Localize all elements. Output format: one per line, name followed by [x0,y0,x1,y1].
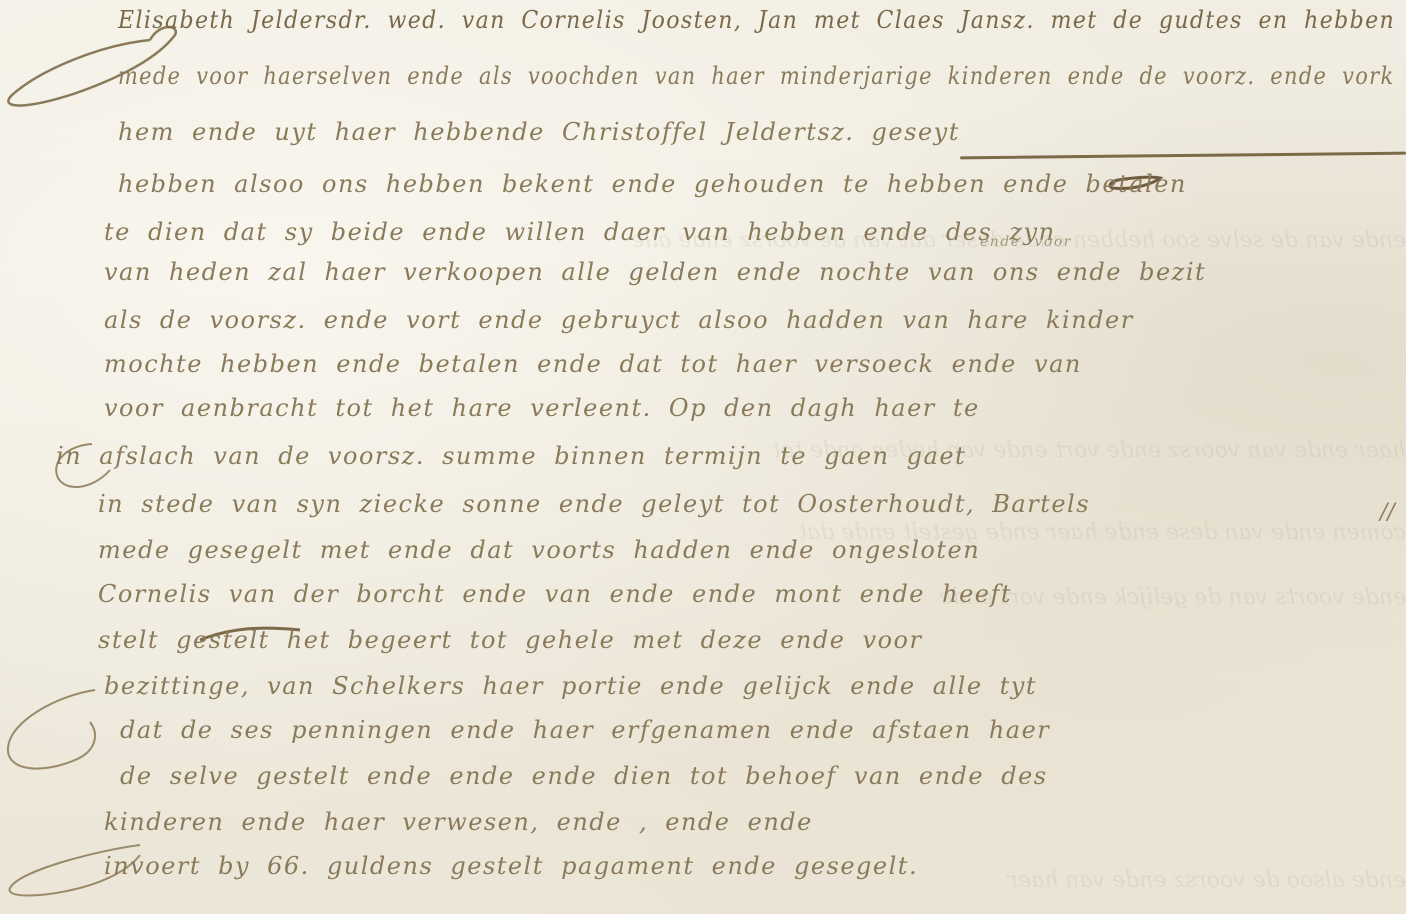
manuscript-line-15: bezittinge, van Schelkers haer portie en… [104,672,1037,700]
manuscript-line-9: voor aenbracht tot het hare verleent. Op… [104,394,980,422]
manuscript-line-19: invoert by 66. guldens gestelt pagament … [104,852,918,880]
manuscript-line-18: kinderen ende haer verwesen, ende , ende… [104,808,813,836]
manuscript-line-11: in stede van syn ziecke sonne ende geley… [98,490,1090,518]
manuscript-line-5: te dien dat sy beide ende willen daer va… [104,218,1056,246]
manuscript-line-4: hebben alsoo ons hebben bekent ende geho… [118,170,1187,198]
manuscript-line-17: de selve gestelt ende ende ende dien tot… [120,762,1048,790]
margin-slash-mark: // [1380,500,1395,525]
manuscript-line-14: stelt gestelt het begeert tot gehele met… [98,626,922,654]
manuscript-line-12: mede gesegelt met ende dat voorts hadden… [98,536,980,564]
manuscript-line-2: mede voor haerselven ende als voochden v… [118,62,1394,90]
manuscript-line-13: Cornelis van der borcht ende van ende en… [98,580,1012,608]
manuscript-line-6: van heden zal haer verkoopen alle gelden… [104,258,1206,286]
interlinear-insertion: ende voor [980,234,1072,250]
manuscript-line-8: mochte hebben ende betalen ende dat tot … [104,350,1082,378]
manuscript-line-3: hem ende uyt haer hebbende Christoffel J… [118,118,960,146]
manuscript-line-16: dat de ses penningen ende haer erfgename… [120,716,1050,744]
manuscript-line-1: Elisabeth Jeldersdr. wed. van Cornelis J… [118,6,1395,34]
manuscript-line-10: in afslach van de voorsz. summe binnen t… [56,442,966,470]
manuscript-line-7: als de voorsz. ende vort ende gebruyct a… [104,306,1134,334]
